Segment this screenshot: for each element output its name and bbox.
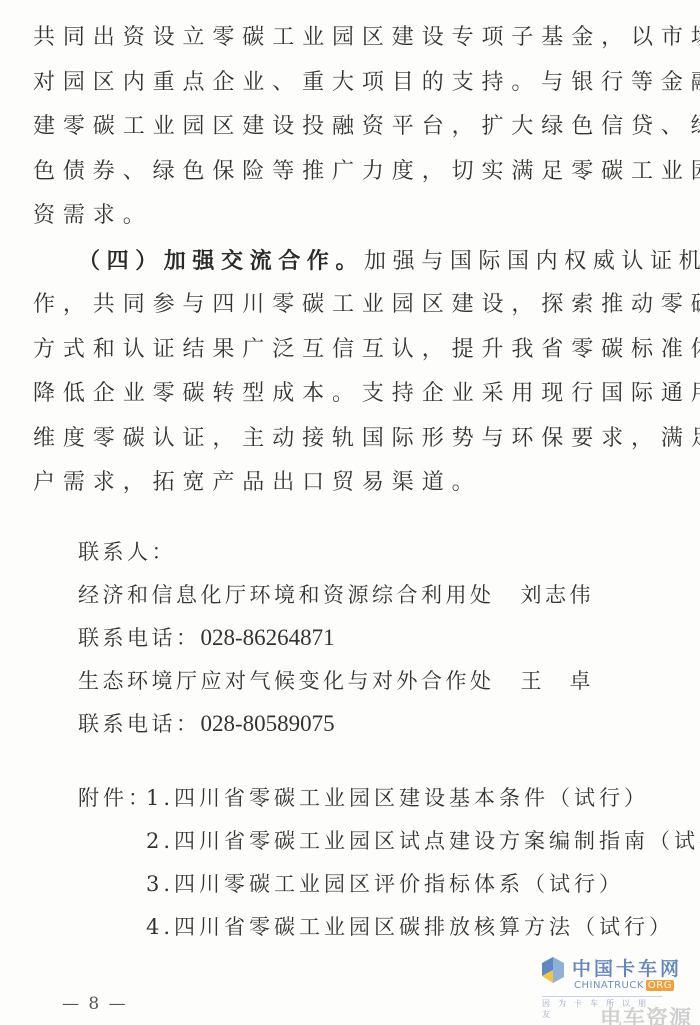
attachment-item: 3.四川零碳工业园区评价指标体系（试行） bbox=[146, 871, 624, 897]
contact-1-dept-line: 经济和信息化厅环境和资源综合利用处刘志伟 bbox=[78, 582, 594, 608]
watermark-source: 电车资源 bbox=[600, 1002, 692, 1025]
attachments-label: 附件： bbox=[78, 785, 153, 811]
contact-1-phone: 028-86264871 bbox=[201, 625, 335, 650]
paragraph-line: 方式和认证结果广泛互信互认，提升我省零碳标准体系认可度， bbox=[33, 337, 673, 363]
section-4-heading: （四）加强交流合作。 bbox=[78, 248, 364, 274]
contact-2-dept-line: 生态环境厅应对气候变化与对外合作处王 卓 bbox=[78, 668, 594, 694]
watermark-en-name: CHINATRUCKORG bbox=[574, 980, 674, 991]
contact-1-dept: 经济和信息化厅环境和资源综合利用处 bbox=[78, 583, 495, 607]
attachment-item: 4.四川省零碳工业园区碳排放核算方法（试行） bbox=[146, 914, 674, 940]
paragraph-line: 维度零碳认证，主动接轨国际形势与环保要求，满足不同类别客 bbox=[33, 426, 673, 452]
paragraph-line: 户需求，拓宽产品出口贸易渠道。 bbox=[33, 470, 673, 496]
attachment-item: 1.四川省零碳工业园区建设基本条件（试行） bbox=[146, 785, 649, 811]
contact-2-phone-label: 联系电话： bbox=[78, 712, 201, 736]
section-4-first-line-text: 加强与国际国内权威认证机构交流合 bbox=[364, 249, 700, 274]
contact-1-name: 刘志伟 bbox=[521, 583, 595, 607]
watermark: 中国卡车网 CHINATRUCKORG 因为卡车所以朋友 电车资源 bbox=[540, 950, 700, 1025]
paragraph-line: 共同出资设立零碳工业园区建设专项子基金，以市场化方式加大 bbox=[33, 25, 673, 51]
section-4-first-line: （四）加强交流合作。加强与国际国内权威认证机构交流合 bbox=[78, 248, 700, 275]
contact-1-phone-label: 联系电话： bbox=[78, 626, 201, 650]
contact-2-phone: 028-80589075 bbox=[201, 711, 335, 736]
document-page: 共同出资设立零碳工业园区建设专项子基金，以市场化方式加大 对园区内重点企业、重大… bbox=[0, 0, 700, 1025]
contact-2-name: 王 卓 bbox=[521, 669, 595, 693]
paragraph-line: 对园区内重点企业、重大项目的支持。与银行等金融机构共同搭 bbox=[33, 70, 673, 96]
attachment-item: 2.四川省零碳工业园区试点建设方案编制指南（试行） bbox=[146, 828, 700, 854]
contact-2-dept: 生态环境厅应对气候变化与对外合作处 bbox=[78, 669, 495, 693]
paragraph-line: 色债券、绿色保险等推广力度，切实满足零碳工业园区建设的融 bbox=[33, 159, 673, 185]
paragraph-line: 资需求。 bbox=[33, 203, 673, 229]
chinatruck-logo-icon bbox=[540, 955, 566, 985]
watermark-org-badge: ORG bbox=[646, 980, 674, 991]
watermark-cn-name: 中国卡车网 bbox=[572, 954, 682, 981]
paragraph-line: 建零碳工业园区建设投融资平台，扩大绿色信贷、绿色基金、绿 bbox=[33, 114, 673, 140]
contact-1-phone-line: 联系电话：028-86264871 bbox=[78, 625, 335, 651]
paragraph-line: 降低企业零碳转型成本。支持企业采用现行国际通用标准开展多 bbox=[33, 381, 673, 407]
paragraph-line: 作，共同参与四川零碳工业园区建设，探索推动零碳标准、评价 bbox=[33, 292, 673, 318]
page-number: — 8 — bbox=[62, 994, 128, 1014]
contacts-label: 联系人： bbox=[78, 539, 176, 565]
contact-2-phone-line: 联系电话：028-80589075 bbox=[78, 711, 335, 737]
